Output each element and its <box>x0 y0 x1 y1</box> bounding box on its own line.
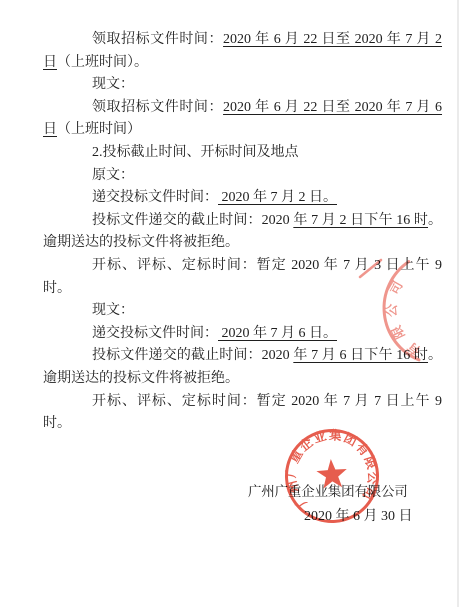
doc-line-underlined-text: 2020 年 6 月 22 日至 2020 年 7 月 2 <box>223 32 442 47</box>
doc-line-text: 领取招标文件时间： <box>92 100 223 115</box>
doc-line-text: 2.投标截止时间、开标时间及地点 <box>92 145 299 160</box>
doc-line: 领取招标文件时间：2020 年 6 月 22 日至 2020 年 7 月 6 <box>43 97 442 120</box>
doc-line: 日（上班时间） <box>43 119 442 142</box>
doc-line-text: 投标文件递交的截止时间：2020 <box>92 348 293 363</box>
doc-line: 领取招标文件时间：2020 年 6 月 22 日至 2020 年 7 月 2 <box>43 29 442 52</box>
doc-line: 逾期送达的投标文件将被拒绝。 <box>43 368 442 391</box>
doc-line-text: 投标文件递交的截止时间：2020 <box>92 213 293 228</box>
doc-line-text: 逾期送达的投标文件将被拒绝。 <box>43 371 239 386</box>
doc-line: 时。 <box>43 278 442 301</box>
doc-line-underlined-text: 日 <box>43 55 57 70</box>
doc-line: 原文： <box>43 165 442 188</box>
doc-line-text: （上班时间） <box>57 122 141 137</box>
doc-line-text: 逾期送达的投标文件将被拒绝。 <box>43 235 239 250</box>
doc-line-underlined-text: 2020 年 6 月 22 日至 2020 年 7 月 6 <box>223 100 442 115</box>
doc-line: 现文： <box>43 300 442 323</box>
doc-line-text: 现文： <box>92 77 134 92</box>
doc-line-text: 时。 <box>43 416 71 431</box>
doc-line: 开标、评标、定标时间：暂定 2020 年 7 月 7 日上午 9 <box>43 391 442 414</box>
doc-line-text: （上班时间）。 <box>57 55 148 70</box>
doc-line-underlined-text: 2020 年 7 月 6 日。 <box>218 326 337 341</box>
doc-line-text: 开标、评标、定标时间：暂定 2020 年 7 月 3 日上午 9 <box>92 258 442 273</box>
doc-line-underlined-text: 日 <box>43 122 57 137</box>
document-page: 领取招标文件时间：2020 年 6 月 22 日至 2020 年 7 月 2日（… <box>0 0 475 607</box>
doc-line: 递交投标文件时间： 2020 年 7 月 6 日。 <box>43 323 442 346</box>
doc-line-text: 时。 <box>43 281 71 296</box>
doc-line-text: 领取招标文件时间： <box>92 32 223 47</box>
doc-line: 逾期送达的投标文件将被拒绝。 <box>43 232 442 255</box>
doc-line: 开标、评标、定标时间：暂定 2020 年 7 月 3 日上午 9 <box>43 255 442 278</box>
doc-line-text: 。 <box>428 348 442 363</box>
doc-line-text: 开标、评标、定标时间：暂定 2020 年 7 月 7 日上午 9 <box>92 394 442 409</box>
doc-line-text: 。 <box>428 213 442 228</box>
doc-line: 投标文件递交的截止时间：2020 年 7 月 2 日下午 16 时。 <box>43 210 442 233</box>
doc-line: 时。 <box>43 413 442 436</box>
signature-date: 2020 年 6 月 30 日 <box>304 506 413 528</box>
doc-line: 投标文件递交的截止时间：2020 年 7 月 6 日下午 16 时。 <box>43 345 442 368</box>
doc-line-text: 递交投标文件时间： <box>92 326 218 341</box>
doc-line: 2.投标截止时间、开标时间及地点 <box>43 142 442 165</box>
doc-line-underlined-text: 2020 年 7 月 2 日。 <box>218 190 337 205</box>
doc-line-text: 现文： <box>92 303 134 318</box>
doc-line-text: 递交投标文件时间： <box>92 190 218 205</box>
doc-line-underlined-text: 年 7 月 2 日下午 16 时 <box>293 213 428 228</box>
signature-company-name: 广州广重企业集团有限公司 <box>248 481 408 503</box>
doc-line: 递交投标文件时间： 2020 年 7 月 2 日。 <box>43 187 442 210</box>
doc-line-text: 原文： <box>92 168 134 183</box>
doc-line: 现文： <box>43 74 442 97</box>
doc-line: 日（上班时间）。 <box>43 52 442 75</box>
doc-line-underlined-text: 年 7 月 6 日下午 16 时 <box>293 348 428 363</box>
